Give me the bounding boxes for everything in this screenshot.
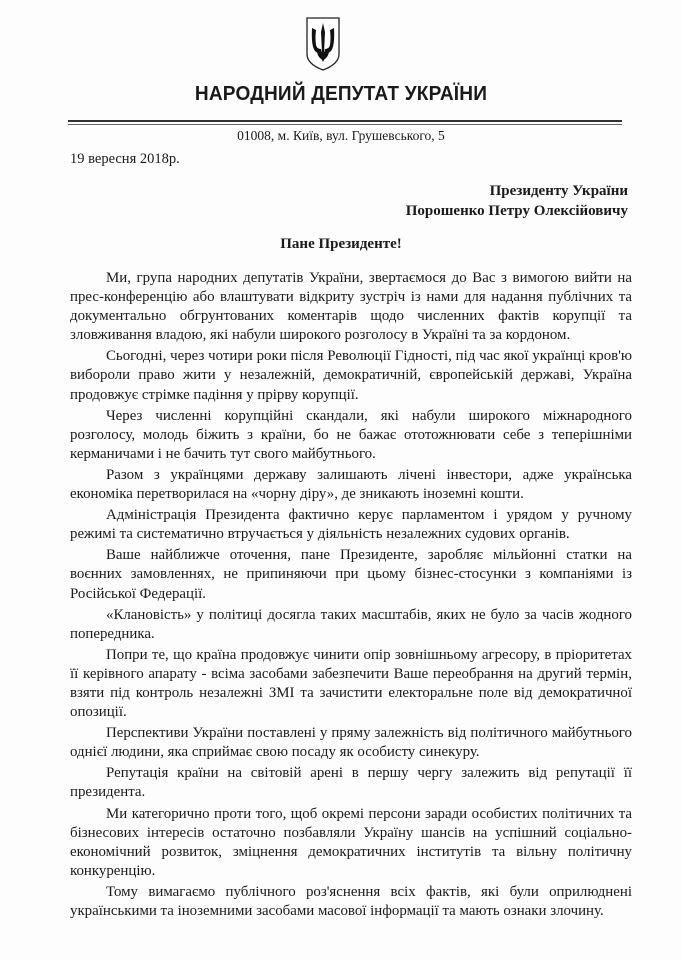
letterhead-divider (68, 120, 622, 122)
recipient-title: Президенту України (406, 181, 628, 201)
letterhead-address: 01008, м. Київ, вул. Грушевського, 5 (0, 128, 682, 144)
salutation: Пане Президенте! (0, 236, 682, 253)
letterhead-divider-thin (68, 124, 622, 125)
ukraine-trident-emblem-icon (305, 16, 341, 72)
paragraph: Тому вимагаємо публічного роз'яснення вс… (70, 883, 632, 921)
letter-body: Ми, група народних депутатів України, зв… (70, 269, 632, 921)
recipient-block: Президенту України Порошенко Петру Олекс… (406, 181, 628, 221)
letter-page: НАРОДНИЙ ДЕПУТАТ УКРАЇНИ 01008, м. Київ,… (0, 0, 682, 960)
paragraph: Через численні корупційні скандали, які … (70, 407, 632, 464)
recipient-name: Порошенко Петру Олексійовичу (406, 201, 628, 221)
paragraph: Репутація країни на світовій арені в пер… (70, 764, 632, 802)
paragraph: Ми категорично проти того, щоб окремі пе… (70, 805, 632, 881)
paragraph: Перспективи України поставлені у пряму з… (70, 724, 632, 762)
paragraph: Сьогодні, через чотири роки після Револю… (70, 347, 632, 404)
paragraph: Разом з українцями державу залишають ліч… (70, 466, 632, 504)
paragraph: Ми, група народних депутатів України, зв… (70, 269, 632, 345)
paragraph: Адміністрація Президента фактично керує … (70, 506, 632, 544)
paragraph: «Клановість» у політиці досягла таких ма… (70, 606, 632, 644)
paragraph: Ваше найближче оточення, пане Президенте… (70, 546, 632, 603)
letterhead-title: НАРОДНИЙ ДЕПУТАТ УКРАЇНИ (24, 82, 658, 106)
paragraph: Попри те, що країна продовжує чинити опі… (70, 646, 632, 722)
letter-date: 19 вересня 2018р. (70, 151, 180, 168)
